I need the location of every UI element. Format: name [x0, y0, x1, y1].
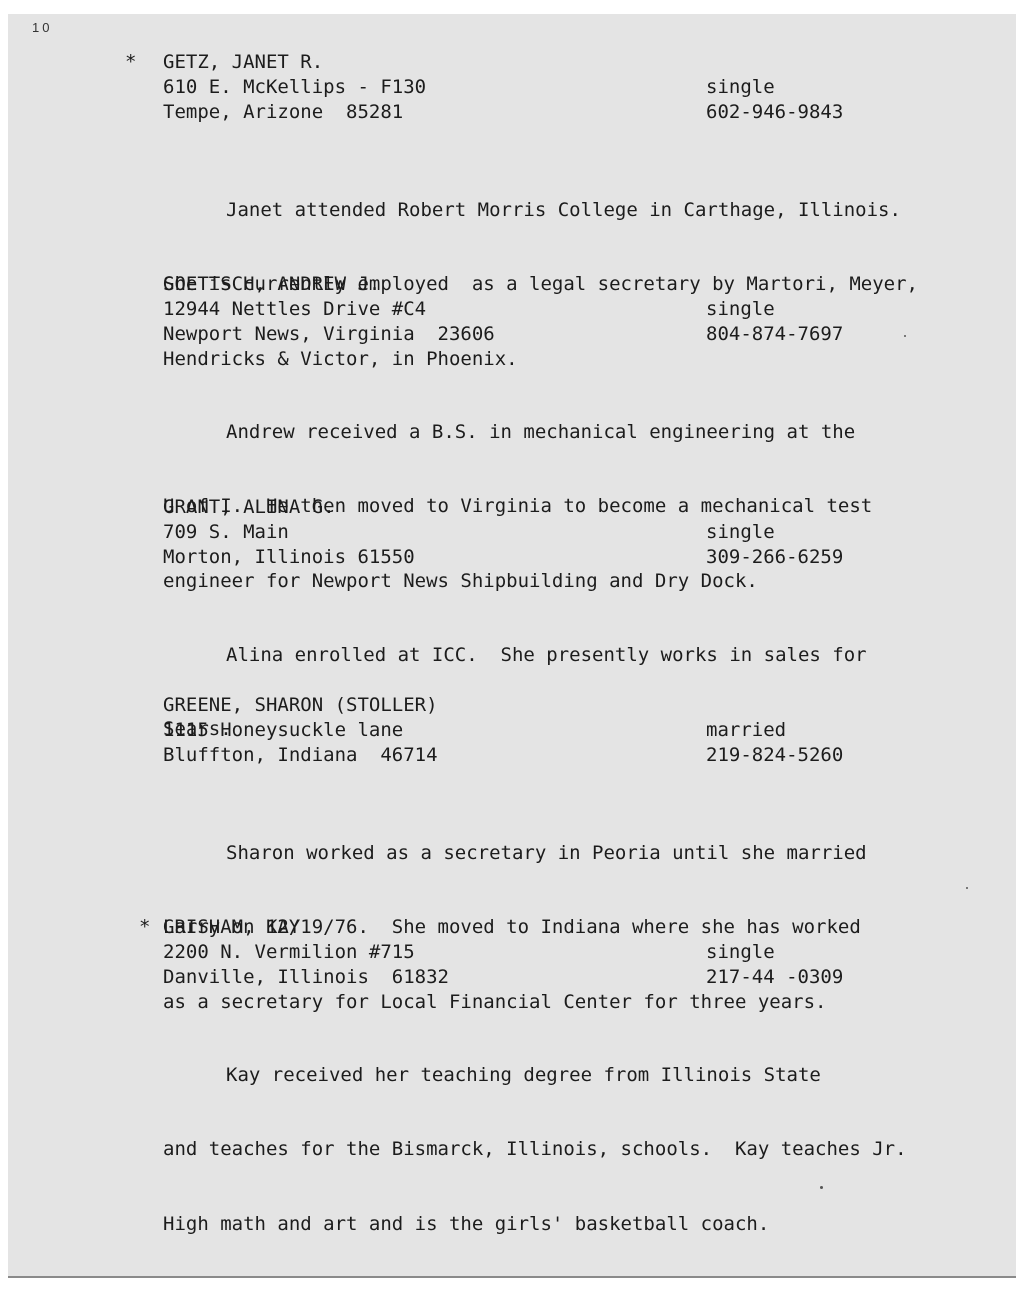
scan-speck: [820, 1186, 823, 1189]
address-line-2: Danville, Illinois 61832: [163, 965, 706, 990]
marital-status: single: [706, 940, 775, 965]
bio-line: Sharon worked as a secretary in Peoria u…: [226, 841, 867, 866]
entry-name: GRISHAM, KAY: [163, 915, 300, 940]
phone-number: 219-824-5260: [706, 743, 843, 768]
address-line-2: Bluffton, Indiana 46714: [163, 743, 706, 768]
entry-name: GETZ, JANET R.: [163, 50, 323, 75]
address-line-2: Newport News, Virginia 23606: [163, 322, 706, 347]
address-line-1: 12944 Nettles Drive #C4: [163, 297, 706, 322]
phone-number: 217-44 -0309: [706, 965, 843, 990]
entry-name: GRANT, ALINA G.: [163, 495, 335, 520]
bio-line: Andrew received a B.S. in mechanical eng…: [226, 420, 855, 445]
address-line-1: 709 S. Main: [163, 520, 706, 545]
marital-status: single: [706, 75, 775, 100]
scan-speck: [966, 887, 968, 889]
star-marker: *: [125, 50, 136, 75]
address-line-1: 2200 N. Vermilion #715: [163, 940, 706, 965]
marital-status: single: [706, 520, 775, 545]
address-line-1: 1115 Honeysuckle lane: [163, 718, 706, 743]
marital-status: married: [706, 718, 786, 743]
entry-bio: Kay received her teaching degree from Il…: [163, 1013, 993, 1286]
bio-line: and teaches for the Bismarck, Illinois, …: [163, 1137, 907, 1162]
page-number: 10: [32, 20, 52, 35]
star-marker: *: [139, 915, 150, 940]
phone-number: 309-266-6259: [706, 545, 843, 570]
address-line-2: Morton, Illinois 61550: [163, 545, 706, 570]
directory-entry: * GRISHAM, KAY 2200 N. Vermilion #715sin…: [163, 915, 993, 1286]
bio-line: Kay received her teaching degree from Il…: [226, 1063, 821, 1088]
bio-line: High math and art and is the girls' bask…: [163, 1212, 769, 1237]
entry-name: GOETTSCH, ANDREW J.: [163, 272, 380, 297]
address-line-2: Tempe, Arizone 85281: [163, 100, 706, 125]
phone-number: 804-874-7697: [706, 322, 843, 347]
bio-line: Alina enrolled at ICC. She presently wor…: [226, 643, 867, 668]
scan-speck: [904, 335, 906, 337]
phone-number: 602-946-9843: [706, 100, 843, 125]
entry-name: GREENE, SHARON (STOLLER): [163, 693, 438, 718]
marital-status: single: [706, 297, 775, 322]
bio-line: Janet attended Robert Morris College in …: [226, 198, 901, 223]
address-line-1: 610 E. McKellips - F130: [163, 75, 706, 100]
